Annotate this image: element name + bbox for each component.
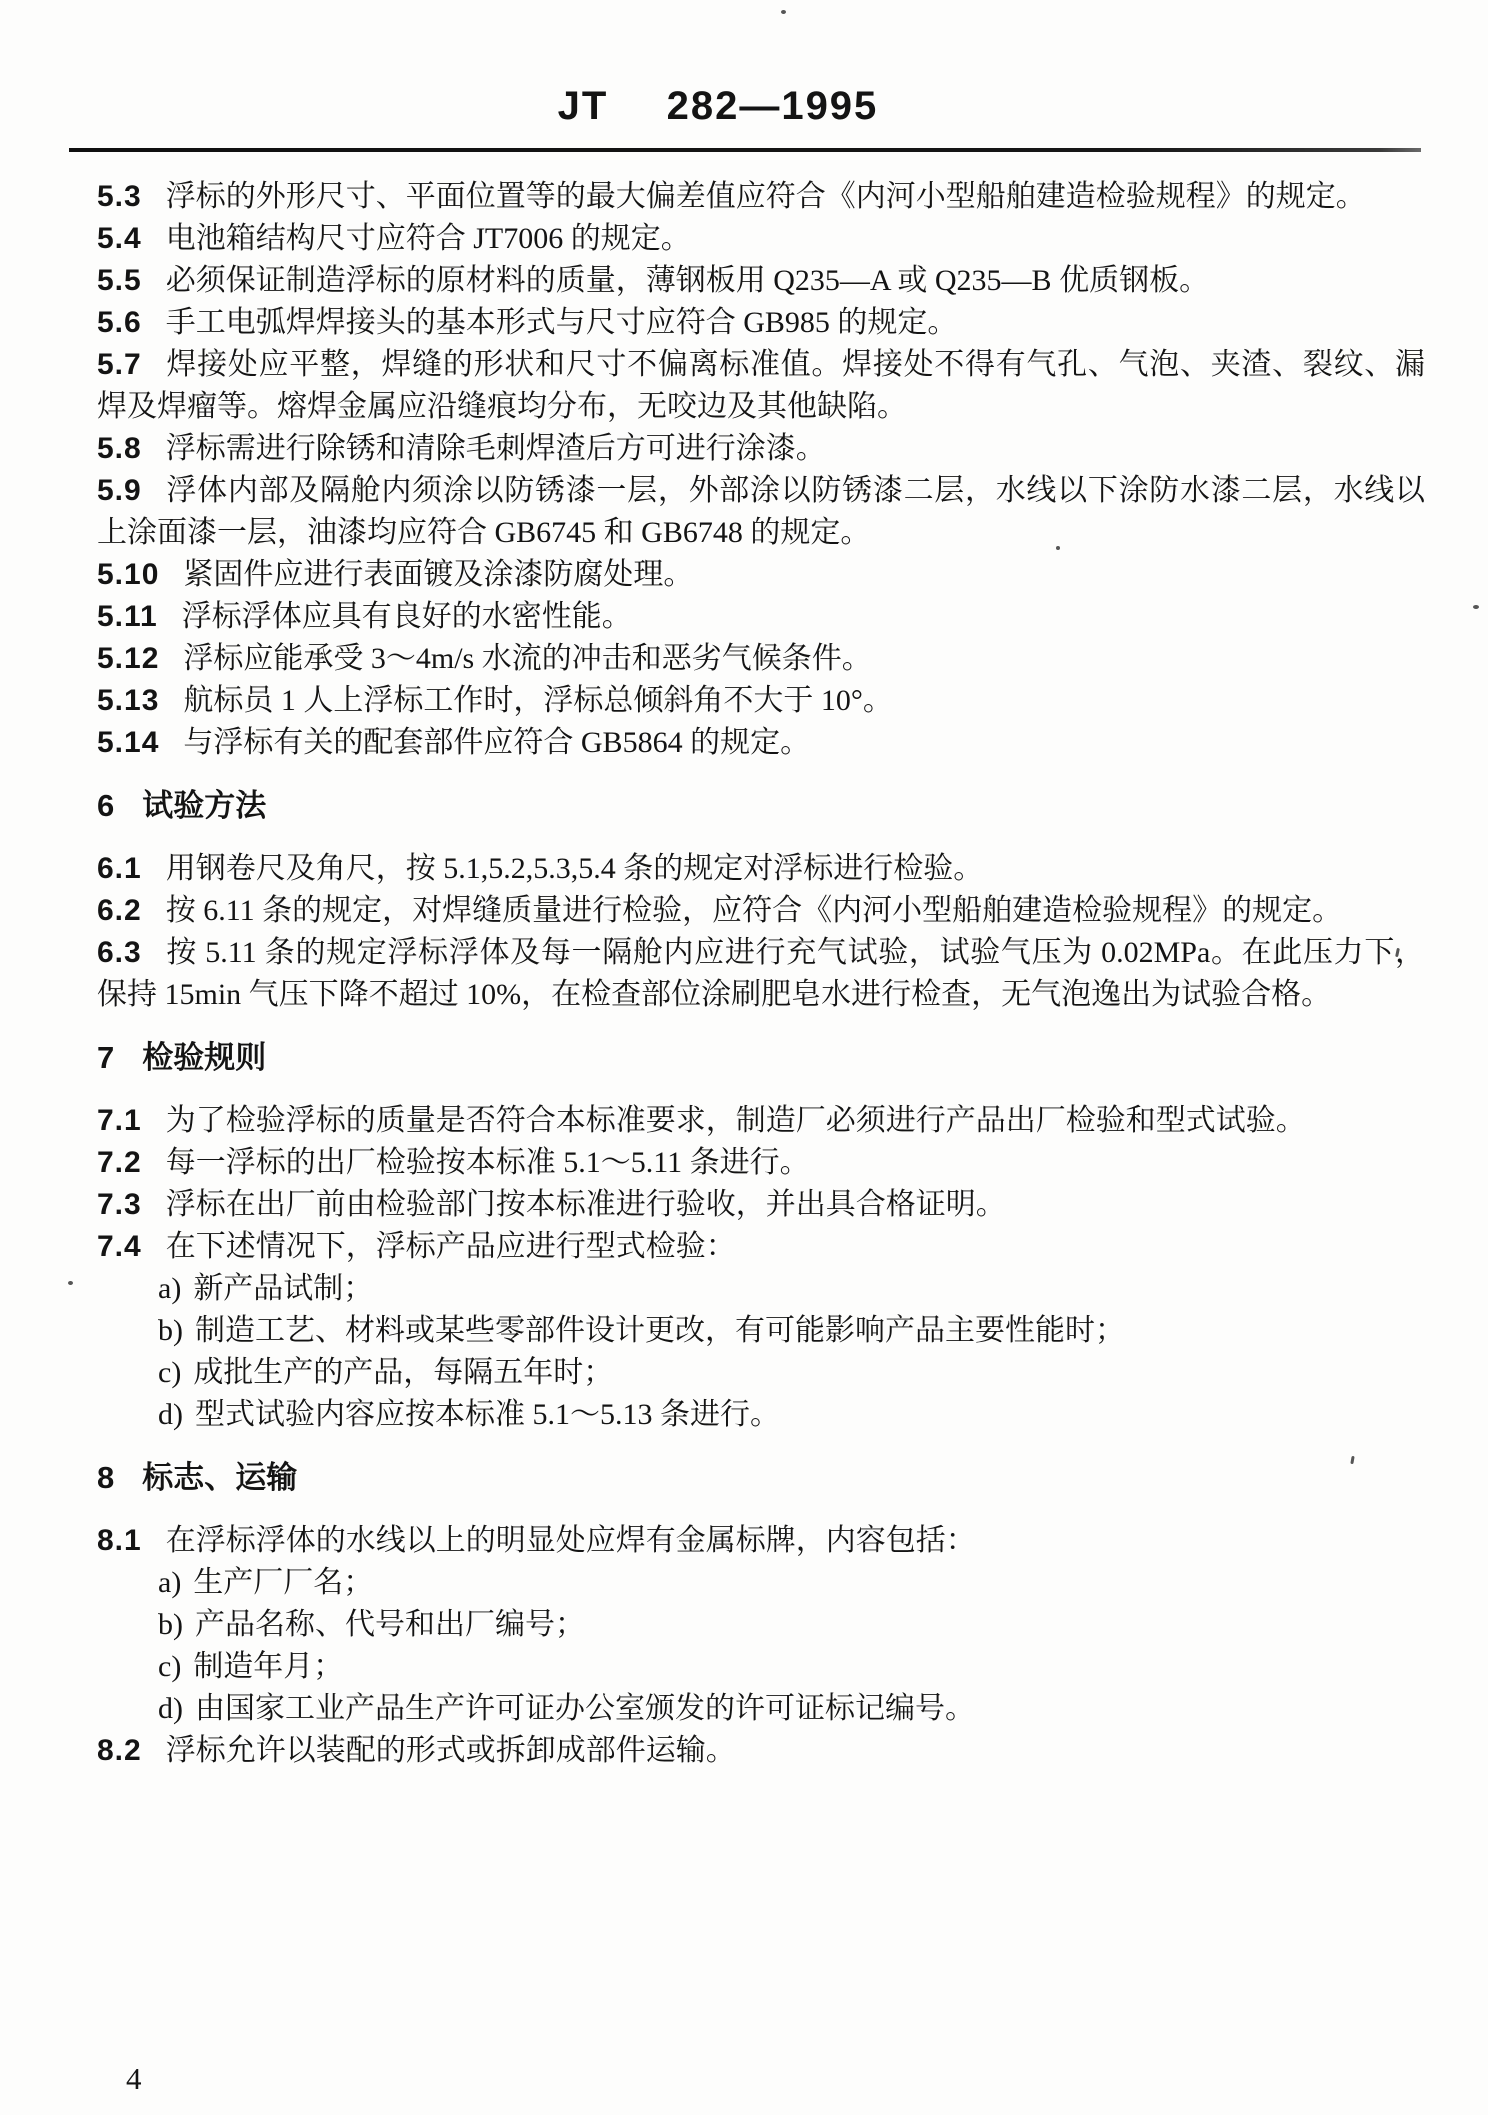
subitem-8-1-a: a)生产厂厂名；	[97, 1562, 1425, 1604]
clause-text: 按 5.11 条的规定浮标浮体及每一隔舱内应进行充气试验，试验气压为 0.02M…	[97, 936, 1425, 1011]
clause-text: 浮标的外形尺寸、平面位置等的最大偏差值应符合《内河小型船舶建造检验规程》的规定。	[166, 180, 1366, 213]
clause-number: 5.7	[97, 348, 142, 381]
section-title: 试验方法	[142, 788, 266, 823]
subitem-text: 型式试验内容应按本标准 5.1～5.13 条进行。	[195, 1398, 780, 1431]
clause-text: 浮标在出厂前由检验部门按本标准进行验收，并出具合格证明。	[166, 1188, 1006, 1221]
clause-text: 浮体内部及隔舱内须涂以防锈漆一层，外部涂以防锈漆二层，水线以下涂防水漆二层，水线…	[97, 474, 1425, 549]
clause-5-13: 5.13航标员 1 人上浮标工作时，浮标总倾斜角不大于 10°。	[97, 680, 1425, 722]
subitem-label: d)	[158, 1692, 183, 1725]
clause-5-7: 5.7焊接处应平整，焊缝的形状和尺寸不偏离标准值。焊接处不得有气孔、气泡、夹渣、…	[97, 344, 1425, 428]
subitem-text: 制造年月；	[193, 1650, 343, 1683]
clause-text: 浮标浮体应具有良好的水密性能。	[182, 600, 632, 633]
subitem-7-4-a: a)新产品试制；	[97, 1268, 1425, 1310]
clause-text: 按 6.11 条的规定，对焊缝质量进行检验，应符合《内河小型船舶建造检验规程》的…	[166, 894, 1342, 927]
document-page: JT 282—1995 5.3浮标的外形尺寸、平面位置等的最大偏差值应符合《内河…	[0, 0, 1488, 2115]
section-7-heading: 7检验规则	[97, 1037, 1425, 1079]
clause-number: 5.14	[97, 726, 159, 759]
section-number: 7	[97, 1040, 114, 1075]
clause-text: 为了检验浮标的质量是否符合本标准要求，制造厂必须进行产品出厂检验和型式试验。	[166, 1104, 1306, 1137]
clause-7-4: 7.4在下述情况下，浮标产品应进行型式检验：	[97, 1226, 1425, 1268]
section-6-heading: 6试验方法	[97, 785, 1425, 827]
subitem-7-4-c: c)成批生产的产品，每隔五年时；	[97, 1352, 1425, 1394]
subitem-text: 制造工艺、材料或某些零部件设计更改，有可能影响产品主要性能时；	[195, 1314, 1125, 1347]
clause-text: 浮标允许以装配的形式或拆卸成部件运输。	[166, 1734, 736, 1767]
subitem-label: b)	[158, 1608, 183, 1641]
scan-speck	[1056, 546, 1060, 550]
clause-5-8: 5.8浮标需进行除锈和清除毛刺焊渣后方可进行涂漆。	[97, 428, 1425, 470]
clause-number: 5.11	[97, 600, 158, 633]
clause-number: 5.3	[97, 180, 142, 213]
clause-text: 必须保证制造浮标的原材料的质量，薄钢板用 Q235—A 或 Q235—B 优质钢…	[166, 264, 1209, 297]
clause-text: 用钢卷尺及角尺，按 5.1,5.2,5.3,5.4 条的规定对浮标进行检验。	[166, 852, 984, 885]
section-number: 6	[97, 788, 114, 823]
section-8-clauses: 8.1在浮标浮体的水线以上的明显处应焊有金属标牌，内容包括： a)生产厂厂名； …	[97, 1520, 1425, 1772]
scan-speck	[1473, 605, 1479, 609]
clause-text: 浮标需进行除锈和清除毛刺焊渣后方可进行涂漆。	[166, 432, 826, 465]
clause-text: 每一浮标的出厂检验按本标准 5.1～5.11 条进行。	[166, 1146, 810, 1179]
subitem-text: 由国家工业产品生产许可证办公室颁发的许可证标记编号。	[195, 1692, 975, 1725]
scan-speck	[781, 10, 786, 14]
standard-number: JT 282—1995	[558, 84, 879, 129]
clause-number: 5.13	[97, 684, 159, 717]
clause-5-6: 5.6手工电弧焊焊接头的基本形式与尺寸应符合 GB985 的规定。	[97, 302, 1425, 344]
clause-number: 6.3	[97, 936, 142, 969]
section-8-heading: 8标志、运输	[97, 1457, 1425, 1499]
subitem-8-1-b: b)产品名称、代号和出厂编号；	[97, 1604, 1425, 1646]
clause-6-2: 6.2按 6.11 条的规定，对焊缝质量进行检验，应符合《内河小型船舶建造检验规…	[97, 890, 1425, 932]
clause-5-10: 5.10紧固件应进行表面镀及涂漆防腐处理。	[97, 554, 1425, 596]
clause-text: 电池箱结构尺寸应符合 JT7006 的规定。	[166, 222, 691, 255]
section-5-clauses: 5.3浮标的外形尺寸、平面位置等的最大偏差值应符合《内河小型船舶建造检验规程》的…	[97, 176, 1425, 764]
clause-number: 5.5	[97, 264, 142, 297]
clause-number: 6.1	[97, 852, 142, 885]
clause-8-1: 8.1在浮标浮体的水线以上的明显处应焊有金属标牌，内容包括：	[97, 1520, 1425, 1562]
clause-number: 7.2	[97, 1146, 142, 1179]
clause-5-14: 5.14与浮标有关的配套部件应符合 GB5864 的规定。	[97, 722, 1425, 764]
subitem-8-1-c: c)制造年月；	[97, 1646, 1425, 1688]
clause-text: 紧固件应进行表面镀及涂漆防腐处理。	[183, 558, 693, 591]
clause-number: 5.8	[97, 432, 142, 465]
subitem-label: d)	[158, 1398, 183, 1431]
clause-6-3: 6.3按 5.11 条的规定浮标浮体及每一隔舱内应进行充气试验，试验气压为 0.…	[97, 932, 1425, 1016]
clause-8-2: 8.2浮标允许以装配的形式或拆卸成部件运输。	[97, 1730, 1425, 1772]
clause-text: 航标员 1 人上浮标工作时，浮标总倾斜角不大于 10°。	[183, 684, 893, 717]
clause-text: 焊接处应平整，焊缝的形状和尺寸不偏离标准值。焊接处不得有气孔、气泡、夹渣、裂纹、…	[97, 348, 1425, 423]
section-7-clauses: 7.1为了检验浮标的质量是否符合本标准要求，制造厂必须进行产品出厂检验和型式试验…	[97, 1100, 1425, 1436]
section-6-clauses: 6.1用钢卷尺及角尺，按 5.1,5.2,5.3,5.4 条的规定对浮标进行检验…	[97, 848, 1425, 1016]
clause-6-1: 6.1用钢卷尺及角尺，按 5.1,5.2,5.3,5.4 条的规定对浮标进行检验…	[97, 848, 1425, 890]
subitem-text: 成批生产的产品，每隔五年时；	[193, 1356, 613, 1389]
subitem-label: c)	[158, 1650, 181, 1683]
page-header: JT 282—1995	[0, 84, 1488, 129]
subitem-text: 产品名称、代号和出厂编号；	[195, 1608, 585, 1641]
clause-number: 7.3	[97, 1188, 142, 1221]
header-rule	[69, 148, 1421, 152]
clause-5-3: 5.3浮标的外形尺寸、平面位置等的最大偏差值应符合《内河小型船舶建造检验规程》的…	[97, 176, 1425, 218]
clause-number: 8.2	[97, 1734, 142, 1767]
section-title: 检验规则	[142, 1040, 266, 1075]
subitem-text: 新产品试制；	[193, 1272, 373, 1305]
clause-number: 7.1	[97, 1104, 142, 1137]
section-title: 标志、运输	[142, 1460, 297, 1495]
clause-text: 手工电弧焊焊接头的基本形式与尺寸应符合 GB985 的规定。	[166, 306, 958, 339]
clause-number: 5.12	[97, 642, 159, 675]
clause-number: 5.4	[97, 222, 142, 255]
clause-7-3: 7.3浮标在出厂前由检验部门按本标准进行验收，并出具合格证明。	[97, 1184, 1425, 1226]
subitem-label: a)	[158, 1272, 181, 1305]
subitem-label: c)	[158, 1356, 181, 1389]
clause-5-12: 5.12浮标应能承受 3～4m/s 水流的冲击和恶劣气候条件。	[97, 638, 1425, 680]
subitem-label: a)	[158, 1566, 181, 1599]
clause-number: 5.6	[97, 306, 142, 339]
clause-5-9: 5.9浮体内部及隔舱内须涂以防锈漆一层，外部涂以防锈漆二层，水线以下涂防水漆二层…	[97, 470, 1425, 554]
section-number: 8	[97, 1460, 114, 1495]
clause-7-1: 7.1为了检验浮标的质量是否符合本标准要求，制造厂必须进行产品出厂检验和型式试验…	[97, 1100, 1425, 1142]
subitem-7-4-d: d)型式试验内容应按本标准 5.1～5.13 条进行。	[97, 1394, 1425, 1436]
subitem-8-1-d: d)由国家工业产品生产许可证办公室颁发的许可证标记编号。	[97, 1688, 1425, 1730]
clause-text: 在浮标浮体的水线以上的明显处应焊有金属标牌，内容包括：	[166, 1524, 976, 1557]
clause-number: 7.4	[97, 1230, 142, 1263]
clause-number: 8.1	[97, 1524, 142, 1557]
document-body: 5.3浮标的外形尺寸、平面位置等的最大偏差值应符合《内河小型船舶建造检验规程》的…	[97, 176, 1425, 1772]
clause-5-11: 5.11浮标浮体应具有良好的水密性能。	[97, 596, 1425, 638]
clause-text: 与浮标有关的配套部件应符合 GB5864 的规定。	[183, 726, 810, 759]
clause-7-2: 7.2每一浮标的出厂检验按本标准 5.1～5.11 条进行。	[97, 1142, 1425, 1184]
subitem-7-4-b: b)制造工艺、材料或某些零部件设计更改，有可能影响产品主要性能时；	[97, 1310, 1425, 1352]
subitem-label: b)	[158, 1314, 183, 1347]
clause-text: 在下述情况下，浮标产品应进行型式检验：	[166, 1230, 736, 1263]
clause-5-4: 5.4电池箱结构尺寸应符合 JT7006 的规定。	[97, 218, 1425, 260]
scan-speck	[68, 1281, 73, 1285]
clause-number: 6.2	[97, 894, 142, 927]
clause-number: 5.9	[97, 474, 142, 507]
page-number: 4	[126, 2058, 142, 2100]
subitem-text: 生产厂厂名；	[193, 1566, 373, 1599]
clause-number: 5.10	[97, 558, 159, 591]
clause-5-5: 5.5必须保证制造浮标的原材料的质量，薄钢板用 Q235—A 或 Q235—B …	[97, 260, 1425, 302]
clause-text: 浮标应能承受 3～4m/s 水流的冲击和恶劣气候条件。	[183, 642, 871, 675]
